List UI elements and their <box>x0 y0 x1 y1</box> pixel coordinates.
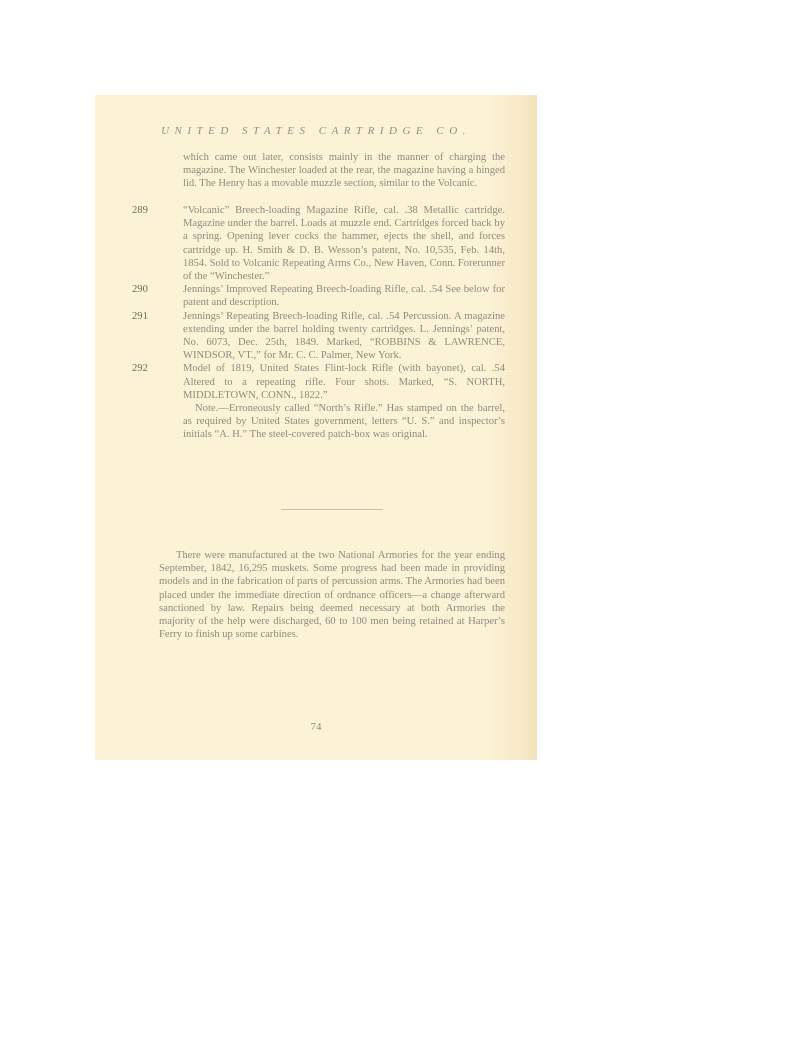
page-number: 74 <box>95 721 537 733</box>
entry-number: 292 <box>132 362 183 441</box>
entry-text: Model of 1819, United States Flint-lock … <box>183 362 505 402</box>
continuation-text: which came out later, consists mainly in… <box>183 151 505 191</box>
entry-text: Jennings’ Repeating Breech-loading Rifle… <box>183 310 505 363</box>
entry-note: Note.—Erroneously called “North’s Rifle.… <box>183 402 505 442</box>
document-page: UNITED STATES CARTRIDGE CO. which came o… <box>95 95 537 760</box>
catalog-entry: 289 “Volcanic” Breech-loading Magazine R… <box>132 204 505 283</box>
running-head: UNITED STATES CARTRIDGE CO. <box>95 125 537 137</box>
entry-number: 290 <box>132 283 183 309</box>
section-divider <box>281 509 383 510</box>
entry-text: “Volcanic” Breech-loading Magazine Rifle… <box>183 204 505 283</box>
catalog-entries: 289 “Volcanic” Breech-loading Magazine R… <box>132 204 505 442</box>
entry-number: 291 <box>132 310 183 363</box>
body-paragraph: There were manufactured at the two Natio… <box>159 549 505 641</box>
entry-text: Jennings’ Improved Repeating Breech-load… <box>183 283 505 309</box>
catalog-entry: 292 Model of 1819, United States Flint-l… <box>132 362 505 441</box>
entry-body: Model of 1819, United States Flint-lock … <box>183 362 505 441</box>
catalog-entry: 291 Jennings’ Repeating Breech-loading R… <box>132 310 505 363</box>
entry-number: 289 <box>132 204 183 283</box>
catalog-entry: 290 Jennings’ Improved Repeating Breech-… <box>132 283 505 309</box>
